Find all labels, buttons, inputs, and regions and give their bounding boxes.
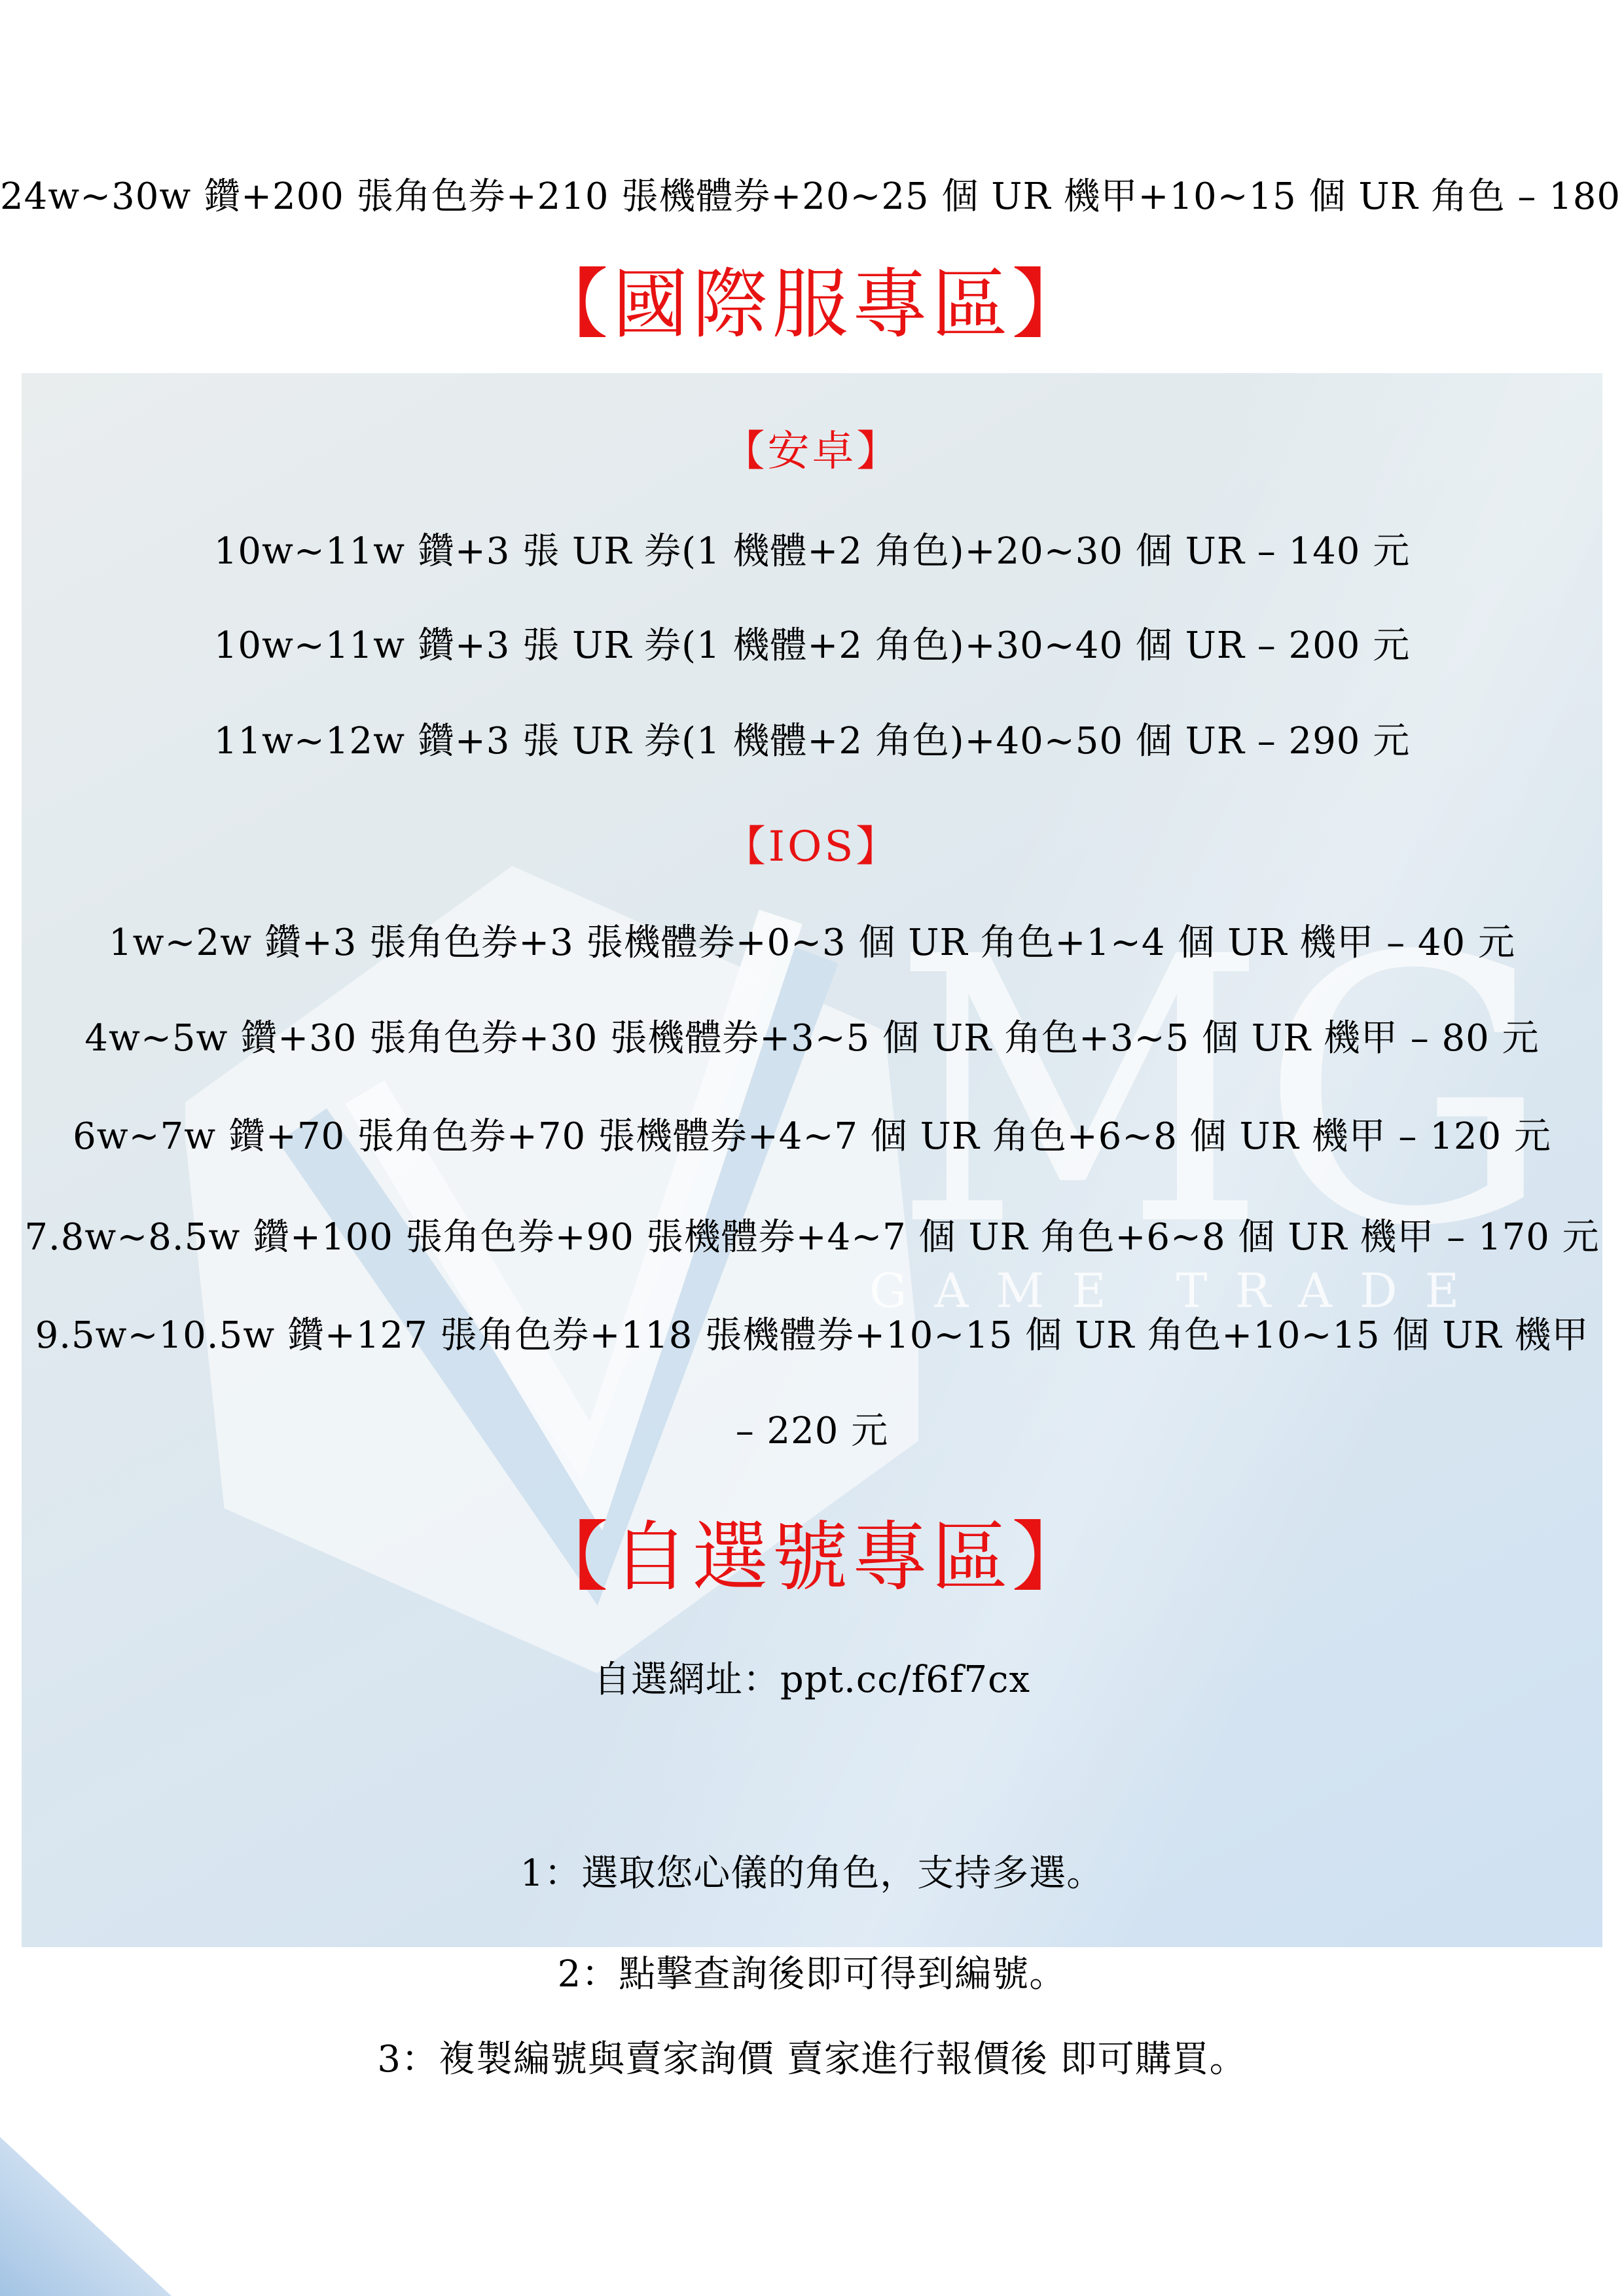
ios-offer-line: 9.5w~10.5w 鑽+127 張角色券+118 張機體券+10~15 個 U… [22,1306,1602,1359]
ios-offer-line: 4w~5w 鑽+30 張角色券+30 張機體券+3~5 個 UR 角色+3~5 … [22,1009,1602,1062]
intl-section-title: 【國際服專區】 [0,243,1624,353]
ios-offer-line: 7.8w~8.5w 鑽+100 張角色券+90 張機體券+4~7 個 UR 角色… [22,1208,1602,1261]
android-heading: 【安卓】 [22,418,1602,478]
corner-triangle-decoration [0,2137,171,2296]
android-offer-line: 10w~11w 鑽+3 張 UR 券(1 機體+2 角色)+20~30 個 UR… [22,522,1602,575]
instruction-line-3: 3：複製編號與賣家詢價 賣家進行報價後 即可購買。 [0,2030,1624,2083]
ios-offer-line: 6w~7w 鑽+70 張角色券+70 張機體券+4~7 個 UR 角色+6~8 … [22,1107,1602,1160]
ios-offer-line: 1w~2w 鑽+3 張角色券+3 張機體券+0~3 個 UR 角色+1~4 個 … [22,914,1602,966]
custom-url-line: 自選網址：ppt.cc/f6f7cx [22,1651,1602,1703]
custom-section-title: 【自選號專區】 [22,1496,1602,1605]
intl-panel: MG GAME TRADE 【安卓】 10w~11w 鑽+3 張 UR 券(1 … [22,373,1602,1947]
ios-heading: 【IOS】 [22,813,1602,873]
android-offer-line: 11w~12w 鑽+3 張 UR 券(1 機體+2 角色)+40~50 個 UR… [22,712,1602,764]
instruction-line-1: 1：選取您心儀的角色，支持多選。 [22,1844,1602,1897]
ios-offer-price-line: – 220 元 [22,1402,1602,1454]
top-offer-line: 24w~30w 鑽+200 張角色券+210 張機體券+20~25 個 UR 機… [0,168,1624,220]
instruction-line-2: 2：點擊查詢後即可得到編號。 [0,1945,1624,1998]
android-offer-line: 10w~11w 鑽+3 張 UR 券(1 機體+2 角色)+30~40 個 UR… [22,617,1602,669]
